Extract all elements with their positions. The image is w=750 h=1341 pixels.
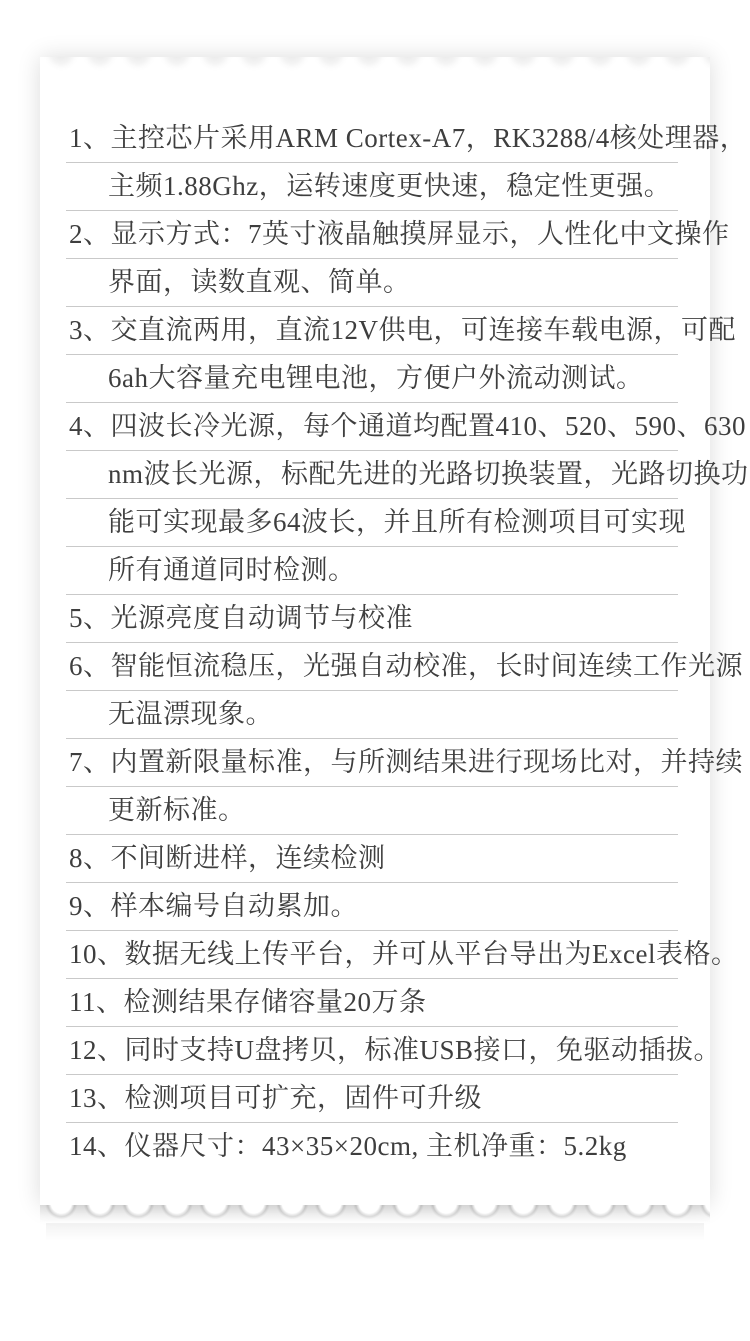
spec-line: 更新标准。 bbox=[66, 787, 678, 835]
scalloped-edge-bottom bbox=[40, 1205, 710, 1223]
spec-line: 无温漂现象。 bbox=[66, 691, 678, 739]
spec-line: 4、四波长冷光源，每个通道均配置410、520、590、630 bbox=[66, 403, 678, 451]
spec-line: 主频1.88Ghz，运转速度更快速，稳定性更强。 bbox=[66, 163, 678, 211]
spec-line: nm波长光源，标配先进的光路切换装置，光路切换功 bbox=[66, 451, 678, 499]
spec-line: 1、主控芯片采用ARM Cortex-A7，RK3288/4核处理器， bbox=[66, 115, 678, 163]
spec-line: 10、数据无线上传平台，并可从平台导出为Excel表格。 bbox=[66, 931, 678, 979]
scalloped-edge-top bbox=[40, 57, 710, 80]
spec-card: 1、主控芯片采用ARM Cortex-A7，RK3288/4核处理器，主频1.8… bbox=[40, 57, 710, 1205]
spec-line: 14、仪器尺寸：43×35×20cm, 主机净重：5.2kg bbox=[66, 1123, 678, 1171]
spec-line: 7、内置新限量标准，与所测结果进行现场比对，并持续 bbox=[66, 739, 678, 787]
spec-line: 界面，读数直观、简单。 bbox=[66, 259, 678, 307]
spec-line: 8、不间断进样，连续检测 bbox=[66, 835, 678, 883]
spec-line: 13、检测项目可扩充，固件可升级 bbox=[66, 1075, 678, 1123]
spec-line: 11、检测结果存储容量20万条 bbox=[66, 979, 678, 1027]
spec-line: 所有通道同时检测。 bbox=[66, 547, 678, 595]
spec-line: 9、样本编号自动累加。 bbox=[66, 883, 678, 931]
spec-list: 1、主控芯片采用ARM Cortex-A7，RK3288/4核处理器，主频1.8… bbox=[66, 115, 678, 1171]
spec-line: 6ah大容量充电锂电池，方便户外流动测试。 bbox=[66, 355, 678, 403]
spec-line: 5、光源亮度自动调节与校准 bbox=[66, 595, 678, 643]
spec-line: 能可实现最多64波长，并且所有检测项目可实现 bbox=[66, 499, 678, 547]
spec-line: 2、显示方式：7英寸液晶触摸屏显示，人性化中文操作 bbox=[66, 211, 678, 259]
page: 1、主控芯片采用ARM Cortex-A7，RK3288/4核处理器，主频1.8… bbox=[0, 0, 750, 1341]
spec-line: 6、智能恒流稳压，光强自动校准，长时间连续工作光源 bbox=[66, 643, 678, 691]
spec-line: 12、同时支持U盘拷贝，标准USB接口，免驱动插拔。 bbox=[66, 1027, 678, 1075]
spec-line: 3、交直流两用，直流12V供电，可连接车载电源，可配 bbox=[66, 307, 678, 355]
